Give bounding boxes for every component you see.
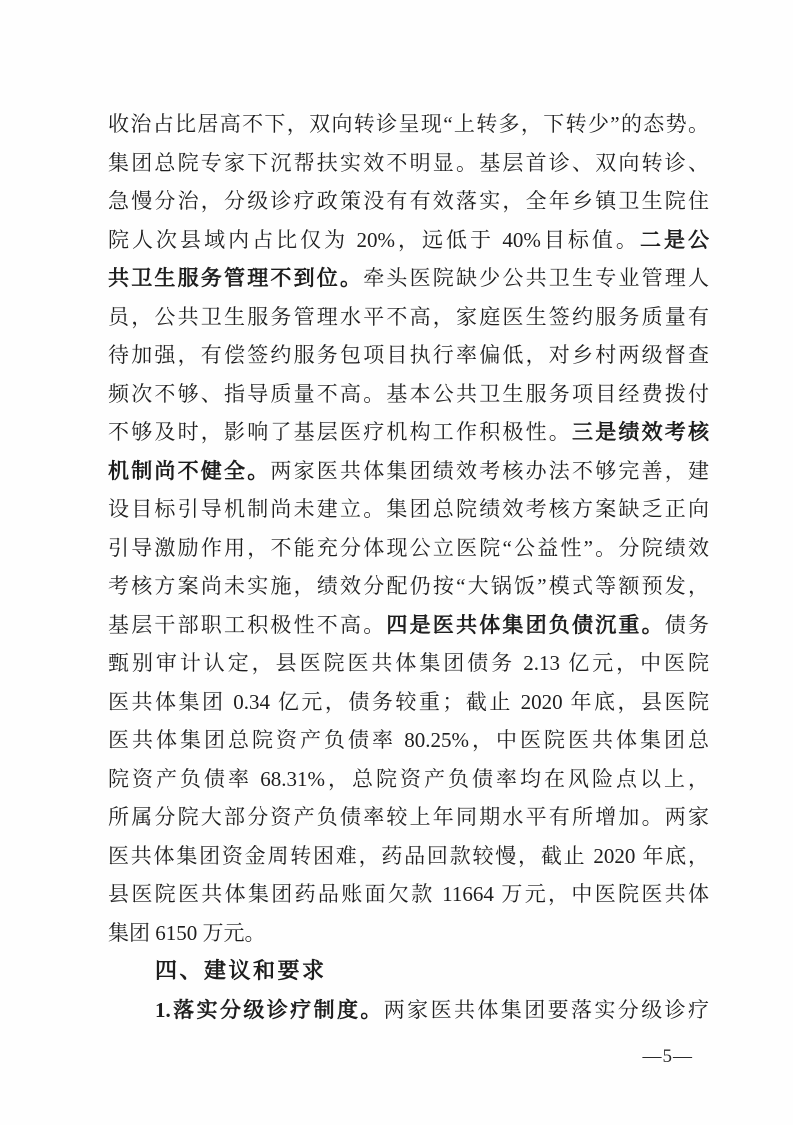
bold-text-segment: 四是医共体集团负债沉重。 [386, 613, 664, 637]
text-segment: 院人次县域内占比仅为 20%，远低于 40%目标值。 [108, 228, 640, 252]
text-segment: 集团总院专家下沉帮扶实效不明显。基层首诊、双向转诊、 [108, 151, 709, 175]
text-line: 引导激励作用，不能充分体现公立医院“公益性”。分院绩效 [108, 529, 709, 568]
text-segment: 医共体集团资金周转困难，药品回款较慢，截止 2020 年底， [108, 844, 709, 868]
text-line: 1.落实分级诊疗制度。两家医共体集团要落实分级诊疗 [108, 991, 709, 1030]
text-segment: 院资产负债率 68.31%，总院资产负债率均在风险点以上， [108, 767, 709, 791]
text-segment: 医共体集团总院资产负债率 80.25%，中医院医共体集团总 [108, 728, 709, 752]
text-line: 集团总院专家下沉帮扶实效不明显。基层首诊、双向转诊、 [108, 144, 709, 183]
text-line: 共卫生服务管理不到位。牵头医院缺少公共卫生专业管理人 [108, 259, 709, 298]
bold-text-segment: 三是绩效考核 [572, 420, 709, 444]
text-line: 基层干部职工积极性不高。四是医共体集团负债沉重。债务 [108, 606, 709, 645]
text-line: 院人次县域内占比仅为 20%，远低于 40%目标值。二是公 [108, 221, 709, 260]
text-segment: 债务 [665, 613, 709, 637]
text-line: 院资产负债率 68.31%，总院资产负债率均在风险点以上， [108, 760, 709, 799]
text-segment: 急慢分治，分级诊疗政策没有有效落实，全年乡镇卫生院住 [108, 189, 709, 213]
text-segment: 县医院医共体集团药品账面欠款 11664 万元，中医院医共体 [108, 882, 709, 906]
text-line: 集团 6150 万元。 [108, 914, 709, 953]
text-line: 县医院医共体集团药品账面欠款 11664 万元，中医院医共体 [108, 875, 709, 914]
text-segment: 两家医共体集团绩效考核办法不够完善，建 [270, 459, 709, 483]
text-segment: 待加强，有偿签约服务包项目执行率偏低，对乡村两级督查 [108, 343, 709, 367]
text-line: 考核方案尚未实施，绩效分配仍按“大锅饭”模式等额预发， [108, 567, 709, 606]
text-segment: 员，公共卫生服务管理水平不高，家庭医生签约服务质量有 [108, 305, 709, 329]
text-segment: 收治占比居高不下，双向转诊呈现“上转多，下转少”的态势。 [108, 112, 709, 136]
text-segment: 甄别审计认定，县医院医共体集团债务 2.13 亿元，中医院 [108, 651, 709, 675]
document-page: 收治占比居高不下，双向转诊呈现“上转多，下转少”的态势。集团总院专家下沉帮扶实效… [0, 0, 793, 1125]
bold-text-segment: 1.落实分级诊疗制度。 [155, 998, 384, 1022]
document-text: 收治占比居高不下，双向转诊呈现“上转多，下转少”的态势。集团总院专家下沉帮扶实效… [108, 105, 709, 1029]
text-line: 频次不够、指导质量不高。基本公共卫生服务项目经费拨付 [108, 375, 709, 414]
text-segment: 频次不够、指导质量不高。基本公共卫生服务项目经费拨付 [108, 382, 709, 406]
bold-text-segment: 二是公 [640, 228, 709, 252]
text-segment: 牵头医院缺少公共卫生专业管理人 [363, 266, 709, 290]
bold-text-segment: 机制尚不健全。 [108, 459, 270, 483]
text-line: 待加强，有偿签约服务包项目执行率偏低，对乡村两级督查 [108, 336, 709, 375]
text-segment: 基层干部职工积极性不高。 [108, 613, 386, 637]
text-line: 甄别审计认定，县医院医共体集团债务 2.13 亿元，中医院 [108, 644, 709, 683]
text-line: 医共体集团资金周转困难，药品回款较慢，截止 2020 年底， [108, 837, 709, 876]
text-segment: 不够及时，影响了基层医疗机构工作积极性。 [108, 420, 572, 444]
text-line: 收治占比居高不下，双向转诊呈现“上转多，下转少”的态势。 [108, 105, 709, 144]
text-segment: 设目标引导机制尚未建立。集团总院绩效考核方案缺乏正向 [108, 497, 709, 521]
text-segment: 引导激励作用，不能充分体现公立医院“公益性”。分院绩效 [108, 536, 709, 560]
section-heading: 四、建议和要求 [108, 952, 709, 991]
text-line: 急慢分治，分级诊疗政策没有有效落实，全年乡镇卫生院住 [108, 182, 709, 221]
page-number: —5— [643, 1046, 694, 1068]
text-segment: 医共体集团 0.34 亿元，债务较重；截止 2020 年底，县医院 [108, 690, 709, 714]
bold-text-segment: 共卫生服务管理不到位。 [108, 266, 363, 290]
text-line: 医共体集团 0.34 亿元，债务较重；截止 2020 年底，县医院 [108, 683, 709, 722]
text-line: 机制尚不健全。两家医共体集团绩效考核办法不够完善，建 [108, 452, 709, 491]
text-line: 员，公共卫生服务管理水平不高，家庭医生签约服务质量有 [108, 298, 709, 337]
text-segment: 集团 6150 万元。 [108, 921, 266, 945]
text-segment: 考核方案尚未实施，绩效分配仍按“大锅饭”模式等额预发， [108, 574, 709, 598]
text-line: 不够及时，影响了基层医疗机构工作积极性。三是绩效考核 [108, 413, 709, 452]
bold-text-segment: 四、建议和要求 [155, 958, 327, 983]
text-segment: 所属分院大部分资产负债率较上年同期水平有所增加。两家 [108, 805, 709, 829]
text-line: 所属分院大部分资产负债率较上年同期水平有所增加。两家 [108, 798, 709, 837]
text-segment: 两家医共体集团要落实分级诊疗 [384, 998, 709, 1022]
text-line: 医共体集团总院资产负债率 80.25%，中医院医共体集团总 [108, 721, 709, 760]
text-line: 设目标引导机制尚未建立。集团总院绩效考核方案缺乏正向 [108, 490, 709, 529]
